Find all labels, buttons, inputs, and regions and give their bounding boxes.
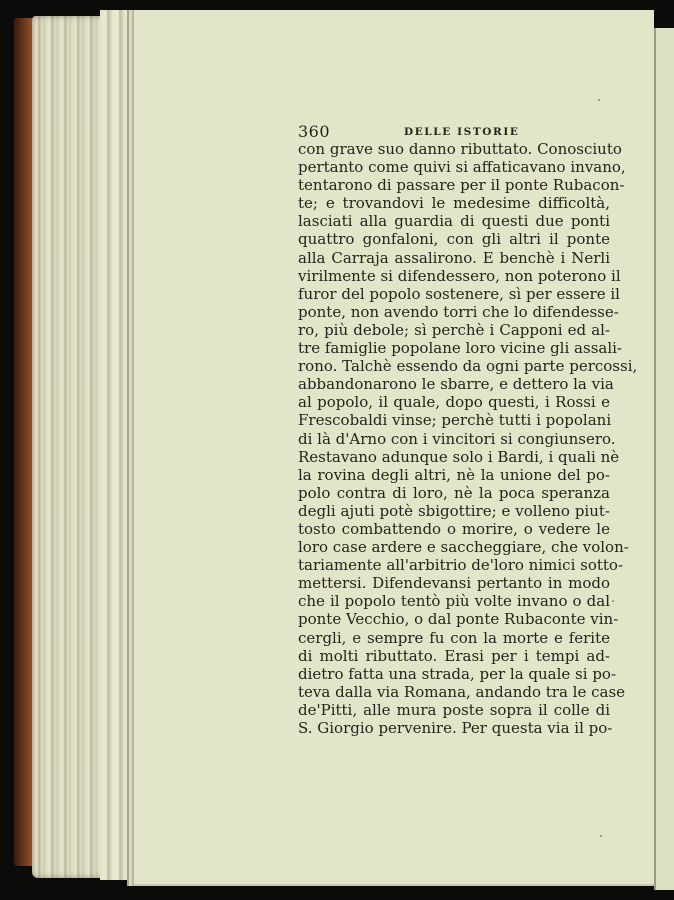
text-line: furor del popolo sostenere, sì per esser… — [298, 285, 610, 303]
text-line: virilmente si difendessero, non poterono… — [298, 267, 610, 285]
text-line: teva dalla via Romana, andando tra le ca… — [298, 683, 610, 701]
page-text-block: 360 DELLE ISTORIE con grave suo danno ri… — [298, 124, 610, 737]
text-line: mettersi. Difendevansi pertanto in modo — [298, 574, 610, 592]
running-head: DELLE ISTORIE — [404, 126, 519, 138]
text-line: polo contra di loro, nè la poca speranza — [298, 484, 610, 502]
text-line: di molti ributtato. Erasi per i tempi ad… — [298, 647, 610, 665]
text-line: di là d'Arno con i vincitori si congiuns… — [298, 430, 610, 448]
text-line: Restavano adunque solo i Bardi, i quali … — [298, 448, 610, 466]
facing-page-edge — [654, 28, 674, 890]
text-line: abbandonarono le sbarre, e dettero la vi… — [298, 375, 610, 393]
page-header: 360 DELLE ISTORIE — [298, 124, 610, 140]
text-line: tosto combattendo o morire, o vedere le — [298, 520, 610, 538]
text-line: quattro gonfaloni, con gli altri il pont… — [298, 230, 610, 248]
text-line: te; e trovandovi le medesime difficoltà, — [298, 194, 610, 212]
text-line: S. Giorgio pervenire. Per questa via il … — [298, 719, 610, 737]
foxing-speck — [598, 99, 600, 101]
text-line: al popolo, il quale, dopo questi, i Ross… — [298, 393, 610, 411]
text-line: cergli, e sempre fu con la morte e ferit… — [298, 629, 610, 647]
text-line: tentarono di passare per il ponte Rubaco… — [298, 176, 610, 194]
text-line: con grave suo danno ributtato. Conosciut… — [298, 140, 610, 158]
text-line: rono. Talchè essendo da ogni parte perco… — [298, 357, 610, 375]
text-line: dietro fatta una strada, per la quale si… — [298, 665, 610, 683]
text-line: che il popolo tentò più volte invano o d… — [298, 592, 610, 610]
text-line: tre famiglie popolane loro vicine gli as… — [298, 339, 610, 357]
text-line: ro, più debole; sì perchè i Capponi ed a… — [298, 321, 610, 339]
foxing-speck — [600, 835, 602, 837]
page-number: 360 — [298, 122, 330, 141]
text-line: ponte Vecchio, o dal ponte Rubaconte vin… — [298, 610, 610, 628]
text-line: degli ajuti potè sbigottire; e volleno p… — [298, 502, 610, 520]
text-line: tariamente all'arbitrio de'loro nimici s… — [298, 556, 610, 574]
text-line: loro case ardere e saccheggiare, che vol… — [298, 538, 610, 556]
text-line: ponte, non avendo torri che lo difendess… — [298, 303, 610, 321]
text-line: pertanto come quivi si affaticavano inva… — [298, 158, 610, 176]
text-line: la rovina degli altri, nè la unione del … — [298, 466, 610, 484]
text-line: alla Carraja assalirono. E benchè i Nerl… — [298, 249, 610, 267]
text-line: de'Pitti, alle mura poste sopra il colle… — [298, 701, 610, 719]
text-line: lasciati alla guardia di questi due pont… — [298, 212, 610, 230]
foxing-speck — [612, 600, 614, 602]
text-line: Frescobaldi vinse; perchè tutti i popola… — [298, 411, 610, 429]
